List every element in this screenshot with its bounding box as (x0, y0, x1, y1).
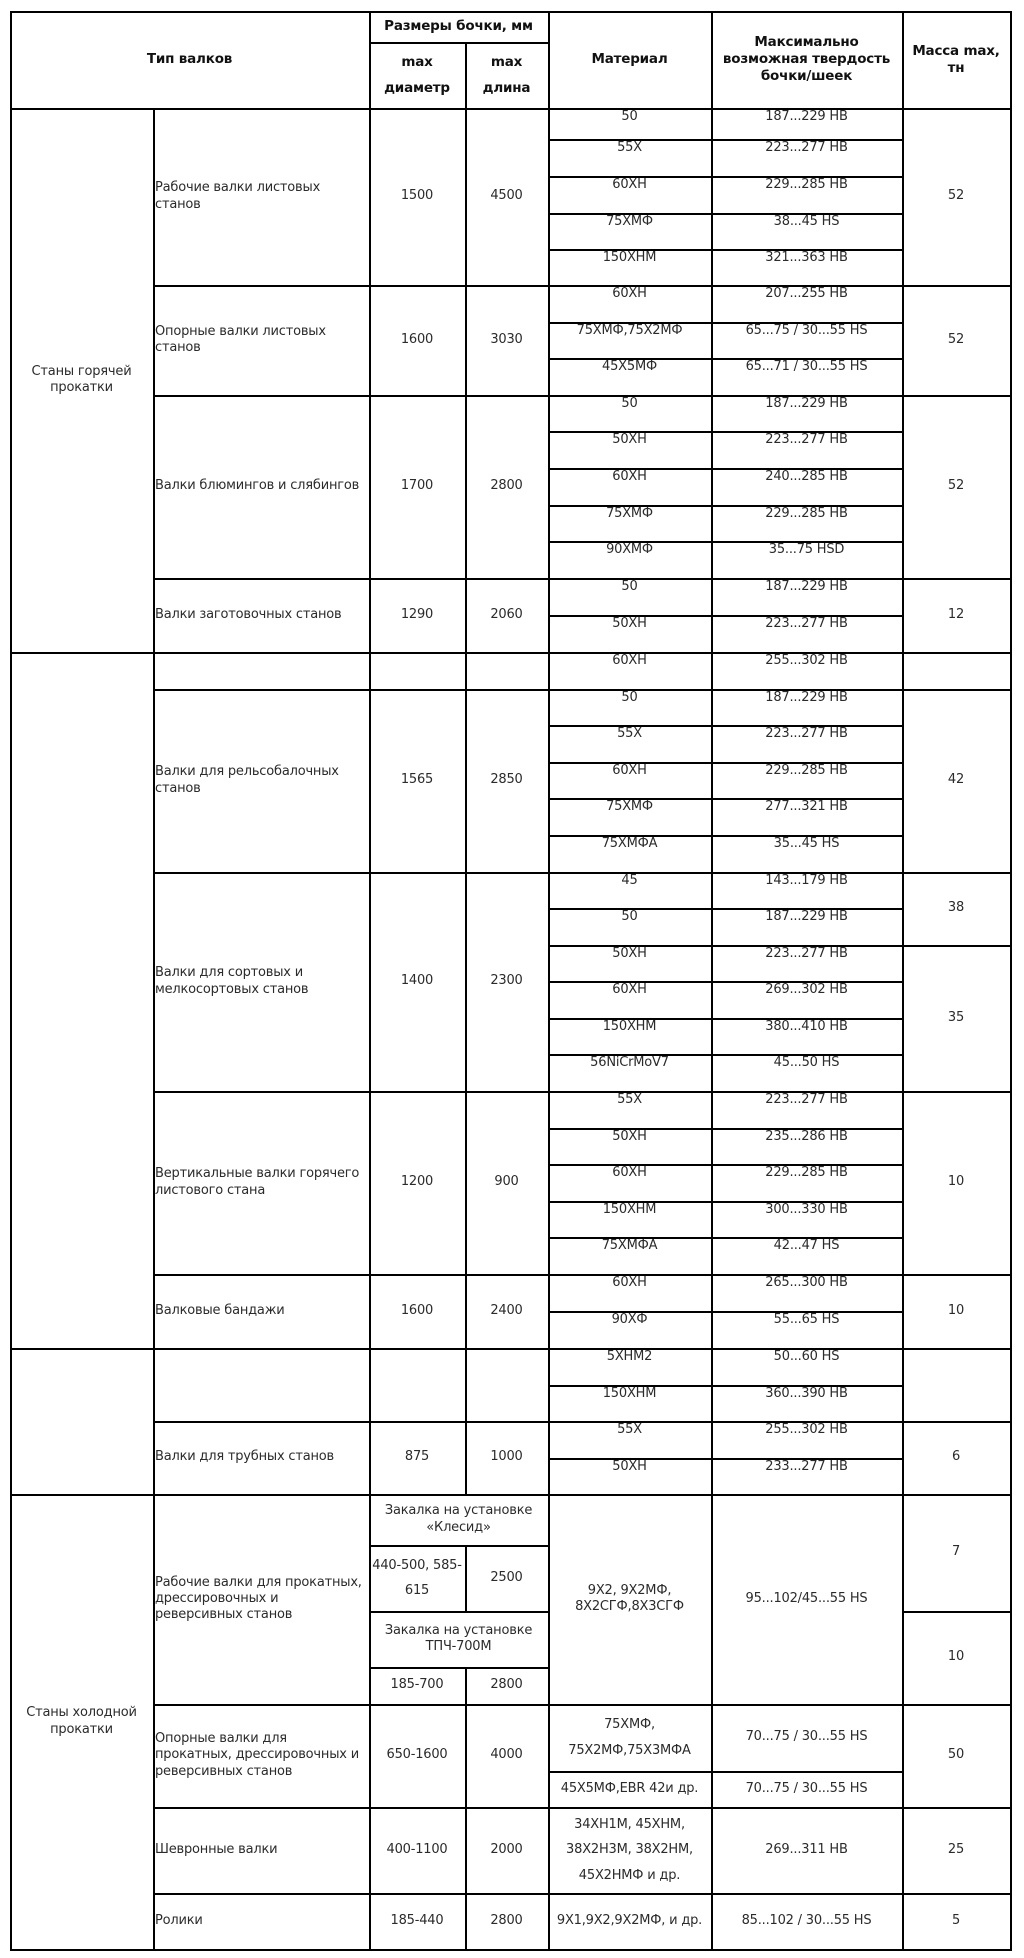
mass-value: 50 (902, 1704, 1010, 1807)
material-grade: 50 (548, 578, 711, 615)
material-grade: 56NiCrMoV7 (548, 1054, 711, 1091)
mass-value: 25 (902, 1807, 1010, 1893)
roll-type-name: Валки для рельсобалочных станов (153, 689, 369, 872)
mass-value (902, 652, 1010, 689)
grid-line (1010, 1893, 1012, 1951)
mill-group-label (10, 1348, 153, 1494)
material-grade: 9Х1,9Х2,9Х2МФ, и др. (548, 1893, 711, 1949)
material-grade: 50ХН (548, 1458, 711, 1494)
material-grade: 50ХН (548, 431, 711, 468)
header-material: Материал (548, 11, 711, 108)
material-grade: 60ХН (548, 285, 711, 322)
material-grade: 45Х5МФ (548, 358, 711, 395)
max-diameter-value: 650-1600 (369, 1704, 465, 1807)
header-hardness: Максимально возможная твердость бочки/ше… (711, 11, 902, 108)
hardness-value: 235...286 HB (711, 1128, 902, 1164)
roll-type-name: Опорные валки для прокатных, дрессировоч… (153, 1704, 369, 1807)
hardness-value: 223...277 HB (711, 945, 902, 981)
mass-value: 52 (902, 395, 1010, 578)
roll-type-name: Валки заготовочных станов (153, 578, 369, 652)
max-length-value: 2800 (465, 1667, 548, 1704)
material-grade: 75ХМФА (548, 835, 711, 872)
max-diameter-value: 185-700 (369, 1667, 465, 1704)
max-diameter-value: 1500 (369, 108, 465, 285)
grid-line (10, 1949, 155, 1951)
mass-value: 38 (902, 872, 1010, 945)
grid-line (1010, 1421, 1012, 1496)
max-length-value: 3030 (465, 285, 548, 395)
hardness-value: 223...277 HB (711, 615, 902, 652)
grid-line (548, 1949, 713, 1951)
grid-line (153, 1949, 371, 1951)
grid-line (711, 1949, 904, 1951)
grid-line (1010, 11, 1012, 110)
material-grade: 60ХН (548, 1274, 711, 1311)
material-grade: 55Х (548, 1421, 711, 1458)
grid-line (1010, 578, 1012, 654)
header-roll-type: Тип валков (10, 11, 369, 108)
max-length-value (465, 652, 548, 689)
material-grade: 50ХН (548, 945, 711, 981)
material-grade: 75ХМФ (548, 798, 711, 835)
material-grade: 75ХМФ, 75Х2МФ,75Х3МФА (548, 1704, 711, 1771)
material-grade: 55Х (548, 139, 711, 176)
max-length-value: 2850 (465, 689, 548, 872)
roll-type-name: Шевронные валки (153, 1807, 369, 1893)
hardening-method-tpch: Закалка на установке ТПЧ-700М (369, 1611, 548, 1667)
hardness-value: 65...75 / 30...55 HS (711, 322, 902, 358)
hardness-value: 269...302 HB (711, 981, 902, 1018)
max-diameter-value: 1565 (369, 689, 465, 872)
hardness-value: 380...410 HB (711, 1018, 902, 1054)
hardness-value: 277...321 HB (711, 798, 902, 835)
material-grade: 150ХНМ (548, 1018, 711, 1054)
roll-specifications-table: Тип валковРазмеры бочки, ммmax диаметрma… (0, 0, 1024, 1958)
max-length-value: 2060 (465, 578, 548, 652)
hardness-value: 45...50 HS (711, 1054, 902, 1091)
material-grade: 5ХНМ2 (548, 1348, 711, 1385)
material-grade: 55Х (548, 1091, 711, 1128)
header-mass: Масса max, тн (902, 11, 1010, 108)
material-grade: 75ХМФ (548, 213, 711, 249)
max-length-value (465, 1348, 548, 1421)
mass-value: 10 (902, 1274, 1010, 1348)
material-grade: 50 (548, 908, 711, 945)
material-grade: 150ХНМ (548, 1385, 711, 1421)
hardness-value: 187...229 HB (711, 108, 902, 139)
hardness-value: 223...277 HB (711, 139, 902, 176)
max-length-value: 900 (465, 1091, 548, 1274)
max-length-value: 2000 (465, 1807, 548, 1893)
hardness-value: 50...60 HS (711, 1348, 902, 1385)
grid-line (1010, 689, 1012, 874)
mill-group-label: Станы горячей прокатки (10, 108, 153, 652)
max-diameter-value: 875 (369, 1421, 465, 1494)
hardness-value: 233...277 HB (711, 1458, 902, 1494)
hardness-value: 143...179 HB (711, 872, 902, 908)
hardness-value: 321...363 HB (711, 249, 902, 285)
hardness-value: 223...277 HB (711, 431, 902, 468)
grid-line (465, 1949, 550, 1951)
roll-type-name: Валковые бандажи (153, 1274, 369, 1348)
max-diameter-value: 1200 (369, 1091, 465, 1274)
hardness-value: 229...285 HB (711, 762, 902, 798)
hardness-value: 187...229 HB (711, 578, 902, 615)
max-length-value: 4000 (465, 1704, 548, 1807)
mass-value: 52 (902, 108, 1010, 285)
max-diameter-value: 1700 (369, 395, 465, 578)
hardness-value: 70...75 / 30...55 HS (711, 1771, 902, 1807)
material-grade: 50ХН (548, 615, 711, 652)
header-barrel-dimensions: Размеры бочки, мм (369, 11, 548, 42)
grid-line (1010, 872, 1012, 947)
grid-line (1010, 945, 1012, 1093)
hardness-value: 95...102/45...55 HS (711, 1494, 902, 1704)
grid-line (1010, 652, 1012, 691)
material-grade: 60ХН (548, 176, 711, 213)
grid-line (1010, 1704, 1012, 1809)
max-diameter-value: 1600 (369, 1274, 465, 1348)
mass-value: 10 (902, 1611, 1010, 1704)
max-diameter-value: 1400 (369, 872, 465, 1091)
hardness-value: 300...330 HB (711, 1201, 902, 1237)
grid-line (369, 1949, 467, 1951)
material-grade: 90ХМФ (548, 541, 711, 578)
header-max-diameter: max диаметр (369, 42, 465, 108)
roll-type-name (153, 652, 369, 689)
material-grade: 55Х (548, 725, 711, 762)
material-grade: 50ХН (548, 1128, 711, 1164)
roll-type-name: Валки для сортовых и мелкосортовых стано… (153, 872, 369, 1091)
mass-value: 5 (902, 1893, 1010, 1949)
mill-group-label (10, 652, 153, 1348)
grid-line (1010, 108, 1012, 287)
material-grade: 60ХН (548, 652, 711, 689)
roll-type-name (153, 1348, 369, 1421)
max-length-value: 4500 (465, 108, 548, 285)
hardness-value: 269...311 HB (711, 1807, 902, 1893)
hardness-value: 187...229 HB (711, 395, 902, 431)
hardness-value: 38...45 HS (711, 213, 902, 249)
mass-value: 7 (902, 1494, 1010, 1611)
hardness-value: 42...47 HS (711, 1237, 902, 1274)
hardness-value: 55...65 HS (711, 1311, 902, 1348)
hardness-value: 229...285 HB (711, 1164, 902, 1201)
hardness-value: 223...277 HB (711, 725, 902, 762)
hardness-value: 85...102 / 30...55 HS (711, 1893, 902, 1949)
hardness-value: 360...390 HB (711, 1385, 902, 1421)
roll-type-name: Ролики (153, 1893, 369, 1949)
max-length-value: 2500 (465, 1545, 548, 1611)
hardness-value: 229...285 HB (711, 176, 902, 213)
max-diameter-value: 400-1100 (369, 1807, 465, 1893)
mass-value: 10 (902, 1091, 1010, 1274)
material-grade: 45 (548, 872, 711, 908)
hardness-value: 229...285 HB (711, 505, 902, 541)
hardness-value: 35...75 HSD (711, 541, 902, 578)
max-diameter-value: 440-500, 585-615 (369, 1545, 465, 1611)
mill-group-label: Станы холодной прокатки (10, 1494, 153, 1949)
hardness-value: 240...285 HB (711, 468, 902, 505)
grid-line (1010, 1611, 1012, 1706)
max-length-value: 2800 (465, 1893, 548, 1949)
roll-type-name: Рабочие валки для прокатных, дрессировоч… (153, 1494, 369, 1704)
mass-value: 52 (902, 285, 1010, 395)
material-grade: 150ХНМ (548, 1201, 711, 1237)
roll-type-name: Вертикальные валки горячего листового ст… (153, 1091, 369, 1274)
hardness-value: 255...302 HB (711, 1421, 902, 1458)
hardness-value: 255...302 HB (711, 652, 902, 689)
grid-line (1010, 285, 1012, 397)
material-grade: 150ХНМ (548, 249, 711, 285)
hardness-value: 207...255 HB (711, 285, 902, 322)
hardening-method-klesid: Закалка на установке «Клесид» (369, 1494, 548, 1545)
mass-value: 6 (902, 1421, 1010, 1494)
max-length-value: 2300 (465, 872, 548, 1091)
hardness-value: 265...300 HB (711, 1274, 902, 1311)
hardness-value: 65...71 / 30...55 HS (711, 358, 902, 395)
grid-line (1010, 1807, 1012, 1895)
material-grade: 75ХМФ,75Х2МФ (548, 322, 711, 358)
material-grade: 9Х2, 9Х2МФ, 8Х2СГФ,8Х3СГФ (548, 1494, 711, 1704)
roll-type-name: Валки для трубных станов (153, 1421, 369, 1494)
hardness-value: 70...75 / 30...55 HS (711, 1704, 902, 1771)
grid-line (902, 1949, 1012, 1951)
material-grade: 60ХН (548, 468, 711, 505)
max-diameter-value (369, 652, 465, 689)
mass-value: 12 (902, 578, 1010, 652)
grid-line (1010, 1091, 1012, 1276)
material-grade: 50 (548, 689, 711, 725)
hardness-value: 187...229 HB (711, 689, 902, 725)
max-diameter-value: 1600 (369, 285, 465, 395)
material-grade: 75ХМФ (548, 505, 711, 541)
header-max-length: max длина (465, 42, 548, 108)
hardness-value: 35...45 HS (711, 835, 902, 872)
mass-value (902, 1348, 1010, 1421)
max-length-value: 2400 (465, 1274, 548, 1348)
grid-line (1010, 1274, 1012, 1350)
grid-line (1010, 1348, 1012, 1423)
max-diameter-value: 1290 (369, 578, 465, 652)
material-grade: 60ХН (548, 762, 711, 798)
material-grade: 50 (548, 395, 711, 431)
material-grade: 60ХН (548, 1164, 711, 1201)
material-grade: 45Х5МФ,EBR 42и др. (548, 1771, 711, 1807)
material-grade: 75ХМФА (548, 1237, 711, 1274)
max-diameter-value (369, 1348, 465, 1421)
material-grade: 50 (548, 108, 711, 139)
grid-line (1010, 395, 1012, 580)
hardness-value: 223...277 HB (711, 1091, 902, 1128)
grid-line (1010, 1494, 1012, 1613)
max-diameter-value: 185-440 (369, 1893, 465, 1949)
mass-value: 42 (902, 689, 1010, 872)
roll-type-name: Опорные валки листовых станов (153, 285, 369, 395)
roll-type-name: Рабочие валки листовых станов (153, 108, 369, 285)
mass-value: 35 (902, 945, 1010, 1091)
material-grade: 90ХФ (548, 1311, 711, 1348)
hardness-value: 187...229 HB (711, 908, 902, 945)
material-grade: 60ХН (548, 981, 711, 1018)
max-length-value: 1000 (465, 1421, 548, 1494)
roll-type-name: Валки блюмингов и слябингов (153, 395, 369, 578)
max-length-value: 2800 (465, 395, 548, 578)
material-grade: 34ХН1М, 45ХНМ, 38Х2Н3М, 38Х2НМ, 45Х2НМФ … (548, 1807, 711, 1893)
